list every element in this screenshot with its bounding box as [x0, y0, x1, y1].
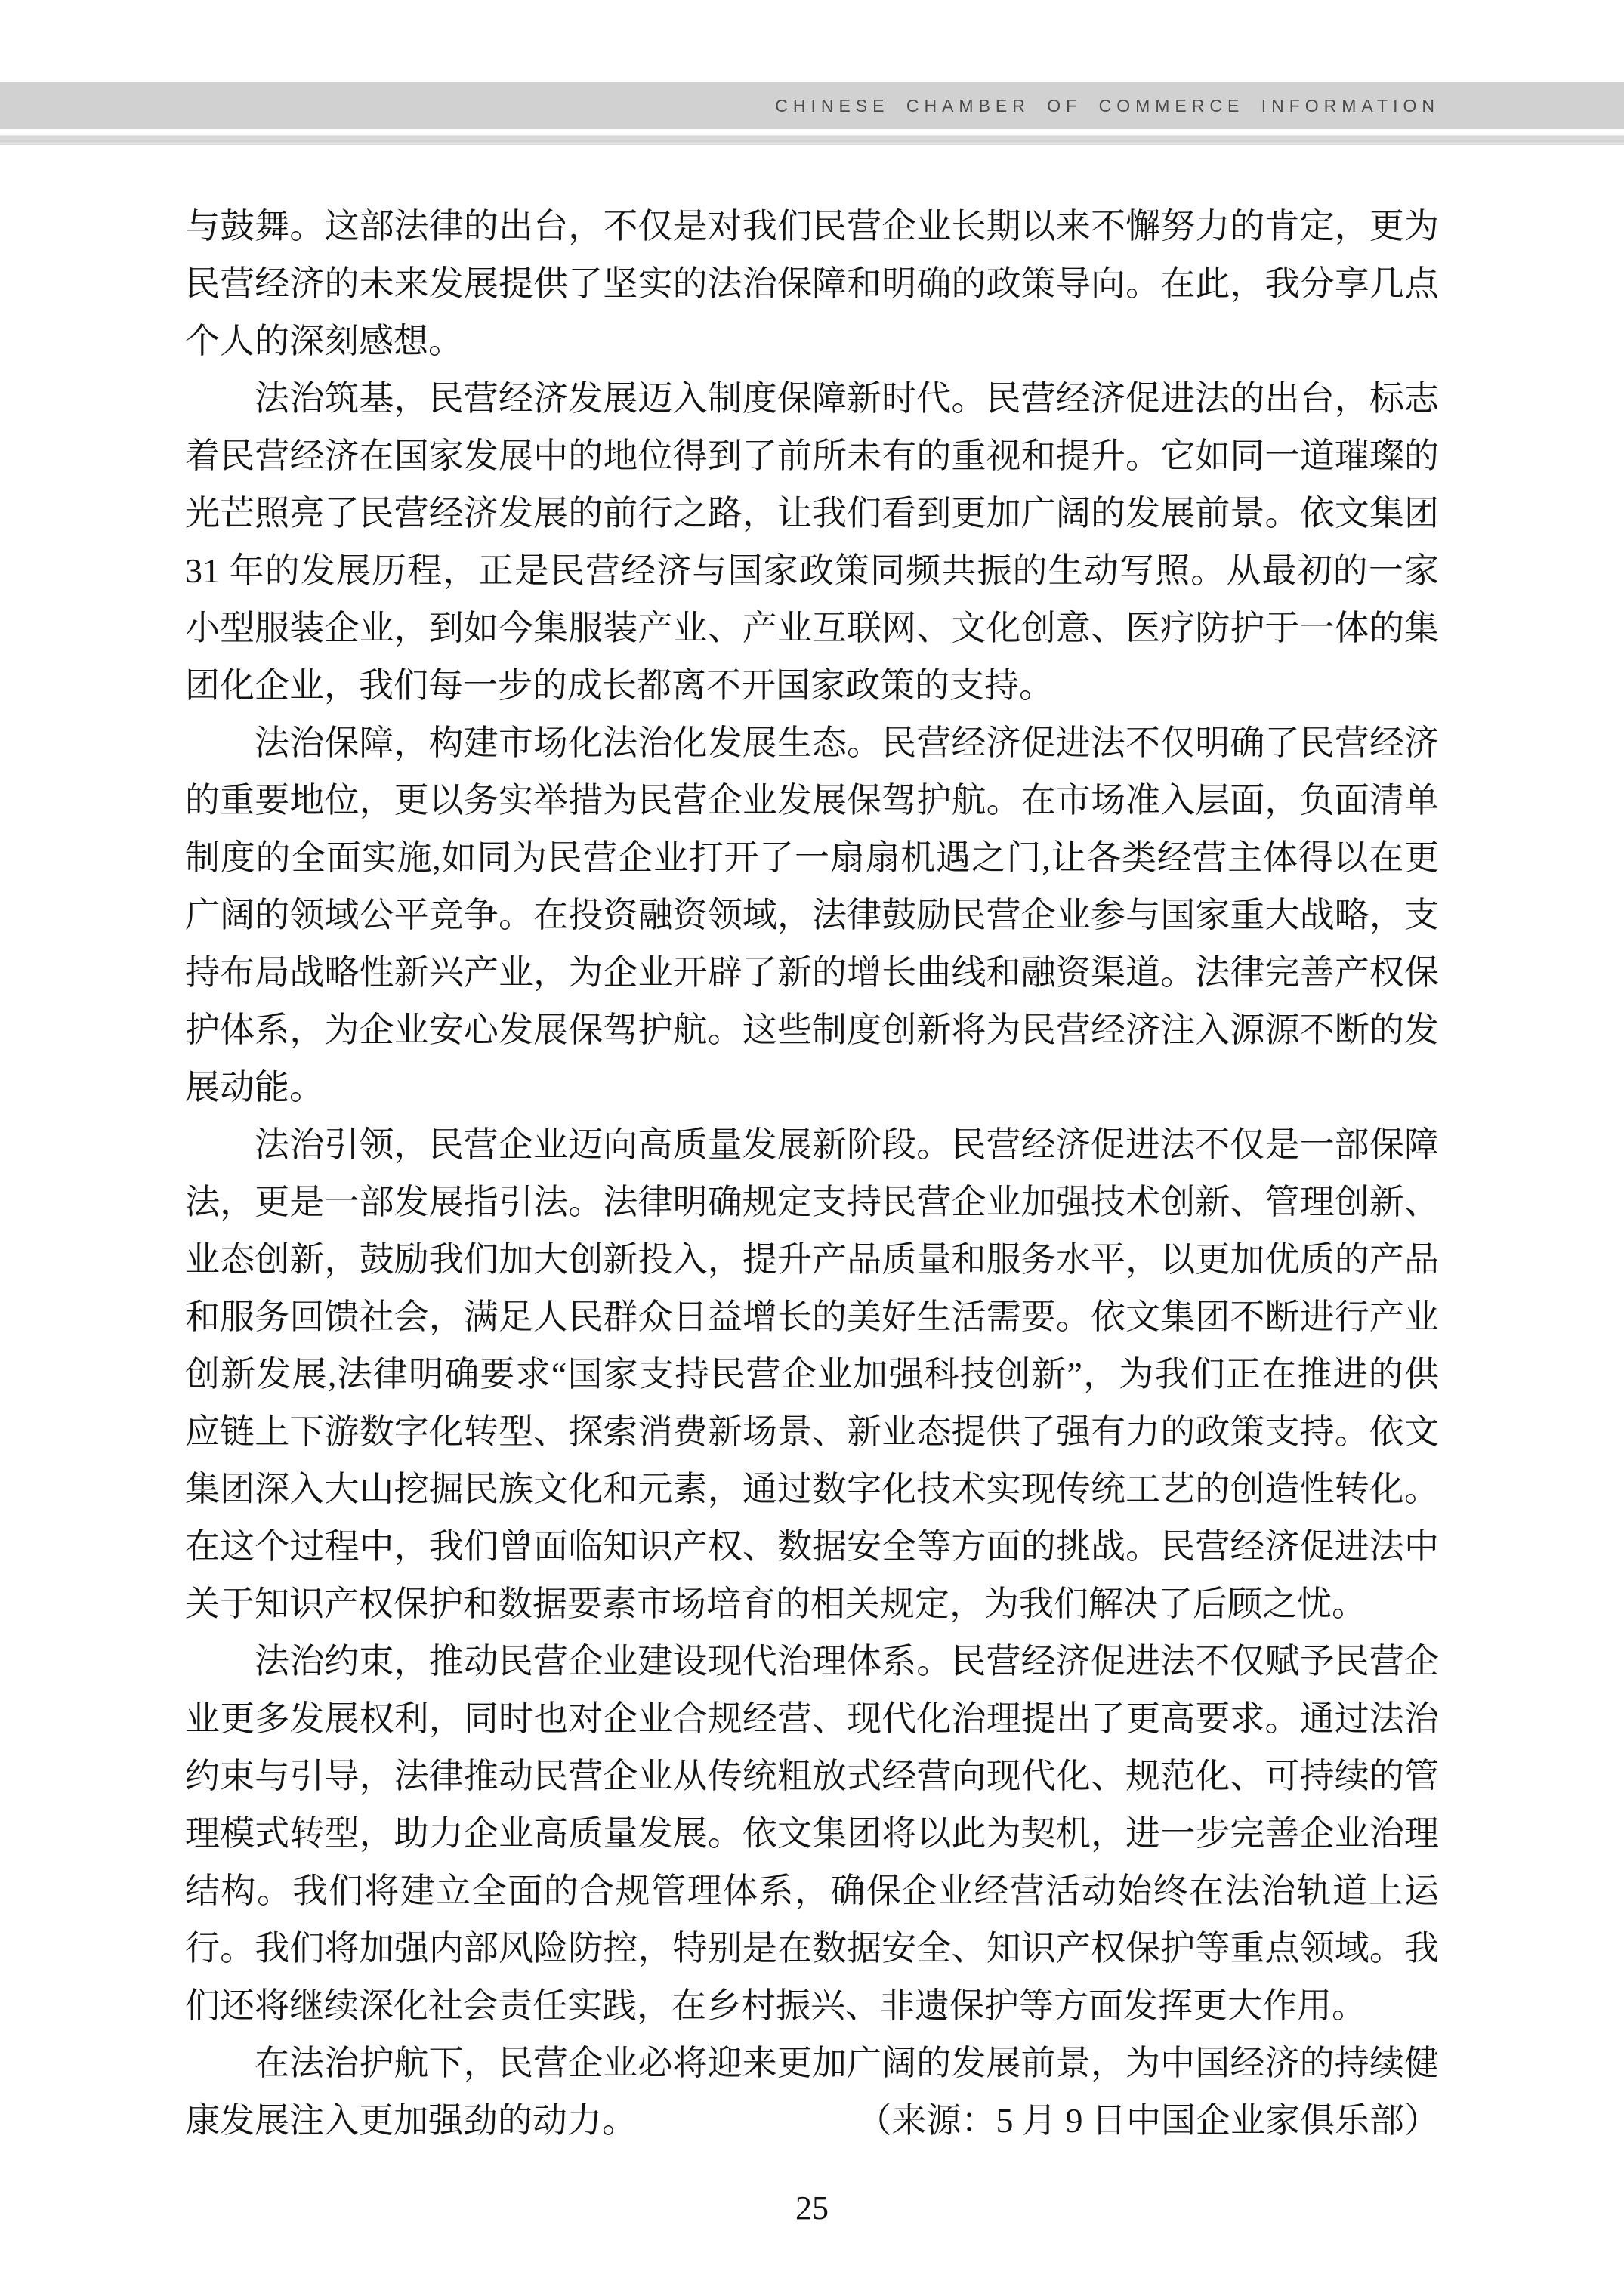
- paragraph-6: 在法治护航下，民营企业必将迎来更加广阔的发展前景，为中国经济的持续健康发展注入更…: [185, 2035, 1439, 2149]
- paragraph-1: 与鼓舞。这部法律的出台，不仅是对我们民营企业长期以来不懈努力的肯定，更为民营经济…: [185, 198, 1439, 370]
- paragraph-5: 法治约束，推动民营企业建设现代治理体系。民营经济促进法不仅赋予民营企业更多发展权…: [185, 1633, 1439, 2035]
- article-body: 与鼓舞。这部法律的出台，不仅是对我们民营企业长期以来不懈努力的肯定，更为民营经济…: [185, 198, 1439, 2149]
- header-banner: CHINESE CHAMBER OF COMMERCE INFORMATION: [0, 82, 1624, 129]
- source-attribution: （来源：5 月 9 日中国企业家俱乐部）: [788, 2092, 1440, 2149]
- paragraph-2: 法治筑基，民营经济发展迈入制度保障新时代。民营经济促进法的出台，标志着民营经济在…: [185, 370, 1439, 714]
- page-number: 25: [0, 2189, 1624, 2227]
- header-stripe: [0, 135, 1624, 145]
- paragraph-4: 法治引领，民营企业迈向高质量发展新阶段。民营经济促进法不仅是一部保障法，更是一部…: [185, 1116, 1439, 1633]
- document-page: CHINESE CHAMBER OF COMMERCE INFORMATION …: [0, 0, 1624, 2293]
- paragraph-3: 法治保障，构建市场化法治化发展生态。民营经济促进法不仅明确了民营经济的重要地位，…: [185, 714, 1439, 1116]
- header-banner-title: CHINESE CHAMBER OF COMMERCE INFORMATION: [775, 82, 1440, 129]
